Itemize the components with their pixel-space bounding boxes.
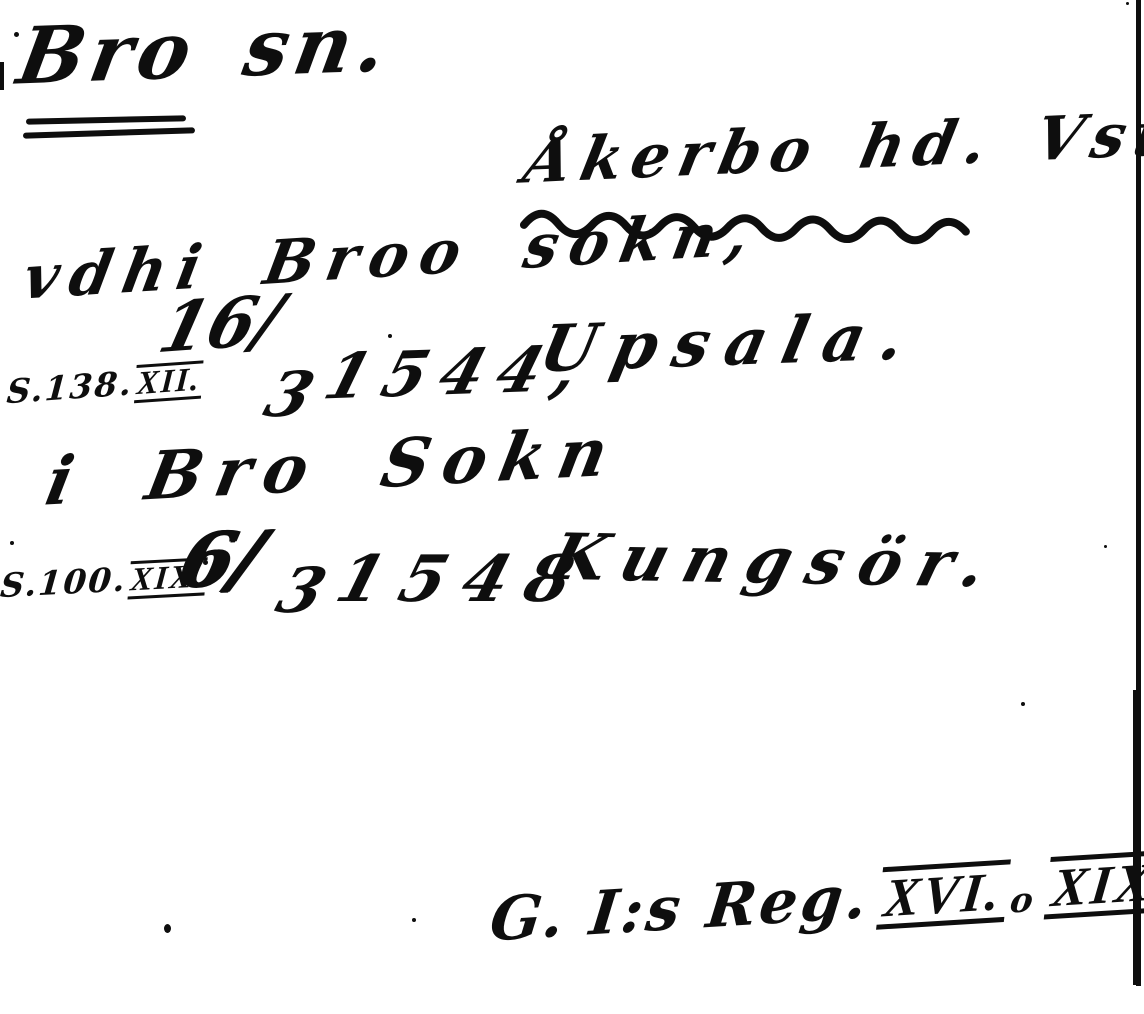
ink-speck	[43, 38, 47, 42]
scan-edge-artifact-left	[0, 62, 4, 90]
source-citation: G. I:s Reg.XVI.oXIX.	[487, 848, 1144, 953]
entry1-intro: vdhi Broo sokn,	[19, 203, 765, 309]
parish-heading: Bro sn.	[12, 5, 398, 97]
scanned-archive-card: Bro sn. Åkerbo hd. Vst. vdhi Broo sokn, …	[0, 0, 1144, 1014]
entry2-place: Kungsör.	[543, 526, 1009, 598]
citation-volume-2: XIX.	[1044, 849, 1144, 919]
ink-speck	[1021, 702, 1025, 706]
district-heading: Åkerbo hd. Vst.	[520, 103, 1144, 193]
entry2-date-month: 3	[270, 560, 333, 622]
heading-underline-bottom	[23, 127, 195, 138]
ink-speck	[1126, 2, 1129, 5]
entry1-page-reference: S.138.XII.	[5, 360, 204, 412]
entry1-date-day: 16/	[153, 286, 289, 364]
ink-speck	[388, 334, 392, 338]
citation-connector: o	[1008, 880, 1038, 922]
entry1-place: Upsala.	[534, 305, 926, 383]
ink-speck	[1104, 545, 1107, 548]
scan-edge-artifact-right-thick	[1133, 690, 1137, 985]
ink-speck	[14, 32, 19, 37]
entry1-ref-page: S.138.	[5, 363, 134, 411]
entry2-ref-page: S.100.	[0, 559, 129, 605]
citation-volume-1: XVI.	[876, 859, 1011, 929]
heading-underline-top	[26, 115, 186, 124]
ink-speck	[10, 541, 14, 545]
citation-prefix: G. I:s Reg.	[487, 862, 874, 956]
ink-speck	[203, 560, 208, 565]
entry1-date-month: 3	[258, 364, 321, 426]
ink-speck	[164, 924, 171, 933]
entry2-date-day: 6/	[173, 521, 270, 598]
entry2-intro: i Bro Sokn	[41, 418, 626, 515]
ink-speck	[412, 918, 416, 922]
